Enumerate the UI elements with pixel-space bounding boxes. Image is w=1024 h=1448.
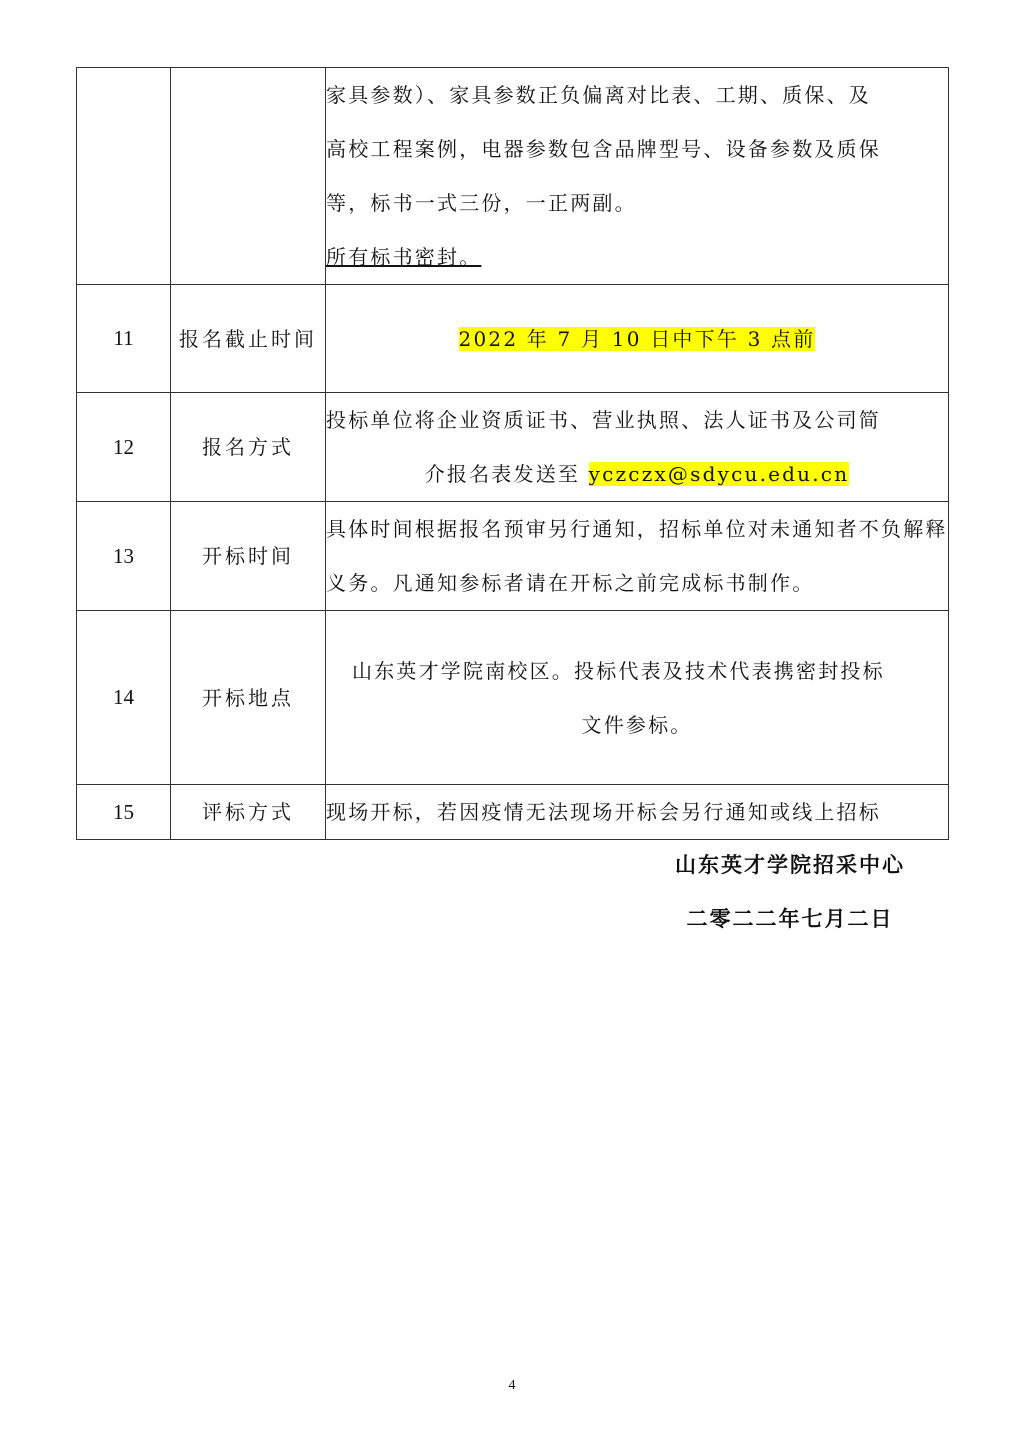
content-line: 文件参标。 — [326, 698, 948, 752]
tender-info-table: 家具参数）、家具参数正负偏离对比表、工期、质保、及 高校工程案例，电器参数包含品… — [76, 67, 949, 840]
row-item: 开标时间 — [171, 502, 326, 611]
content-line: 高校工程案例，电器参数包含品牌型号、设备参数及质保 — [326, 122, 948, 176]
row-number: 12 — [77, 393, 171, 502]
row-item-cell — [171, 68, 326, 285]
content-line: 家具参数）、家具参数正负偏离对比表、工期、质保、及 — [326, 68, 948, 122]
content-line: 介报名表发送至 yczczx@sdycu.edu.cn — [326, 447, 948, 501]
row-item: 开标地点 — [171, 611, 326, 785]
table-row: 12 报名方式 投标单位将企业资质证书、营业执照、法人证书及公司简 介报名表发送… — [77, 393, 949, 502]
table-row: 15 评标方式 现场开标，若因疫情无法现场开标会另行通知或线上招标 — [77, 785, 949, 840]
table-row: 11 报名截止时间 2022 年 7 月 10 日中下午 3 点前 — [77, 285, 949, 393]
row-number: 14 — [77, 611, 171, 785]
row-content: 现场开标，若因疫情无法现场开标会另行通知或线上招标 — [326, 785, 949, 840]
row-number: 15 — [77, 785, 171, 840]
row-number: 11 — [77, 285, 171, 393]
row-item: 报名方式 — [171, 393, 326, 502]
row-content: 具体时间根据报名预审另行通知，招标单位对未通知者不负解释义务。凡通知参标者请在开… — [326, 502, 949, 611]
row-content: 投标单位将企业资质证书、营业执照、法人证书及公司简 介报名表发送至 yczczx… — [326, 393, 949, 502]
content-prefix: 介报名表发送至 — [425, 462, 589, 486]
deadline-highlight: 2022 年 7 月 10 日中下午 3 点前 — [459, 327, 816, 351]
content-line: 山东英才学院南校区。投标代表及技术代表携密封投标 — [326, 644, 948, 698]
row-content: 2022 年 7 月 10 日中下午 3 点前 — [326, 285, 949, 393]
email-link[interactable]: yczczx@sdycu.edu.cn — [589, 462, 850, 486]
row-number: 13 — [77, 502, 171, 611]
row-number-cell — [77, 68, 171, 285]
signature-date: 二零二二年七月二日 — [640, 903, 940, 933]
page-number: 4 — [0, 1378, 1024, 1394]
row-item: 报名截止时间 — [171, 285, 326, 393]
signature-organization: 山东英才学院招采中心 — [640, 849, 940, 879]
row-content-cell: 家具参数）、家具参数正负偏离对比表、工期、质保、及 高校工程案例，电器参数包含品… — [326, 68, 949, 285]
content-line: 等，标书一式三份，一正两副。 — [326, 176, 948, 230]
content-line: 投标单位将企业资质证书、营业执照、法人证书及公司简 — [326, 393, 948, 447]
document-page: 家具参数）、家具参数正负偏离对比表、工期、质保、及 高校工程案例，电器参数包含品… — [0, 0, 1024, 1448]
table-row: 14 开标地点 山东英才学院南校区。投标代表及技术代表携密封投标 文件参标。 — [77, 611, 949, 785]
table-row: 13 开标时间 具体时间根据报名预审另行通知，招标单位对未通知者不负解释义务。凡… — [77, 502, 949, 611]
sealed-note: 所有标书密封。 — [326, 245, 481, 269]
table-row-continuation: 家具参数）、家具参数正负偏离对比表、工期、质保、及 高校工程案例，电器参数包含品… — [77, 68, 949, 285]
row-item: 评标方式 — [171, 785, 326, 840]
row-content: 山东英才学院南校区。投标代表及技术代表携密封投标 文件参标。 — [326, 611, 949, 785]
